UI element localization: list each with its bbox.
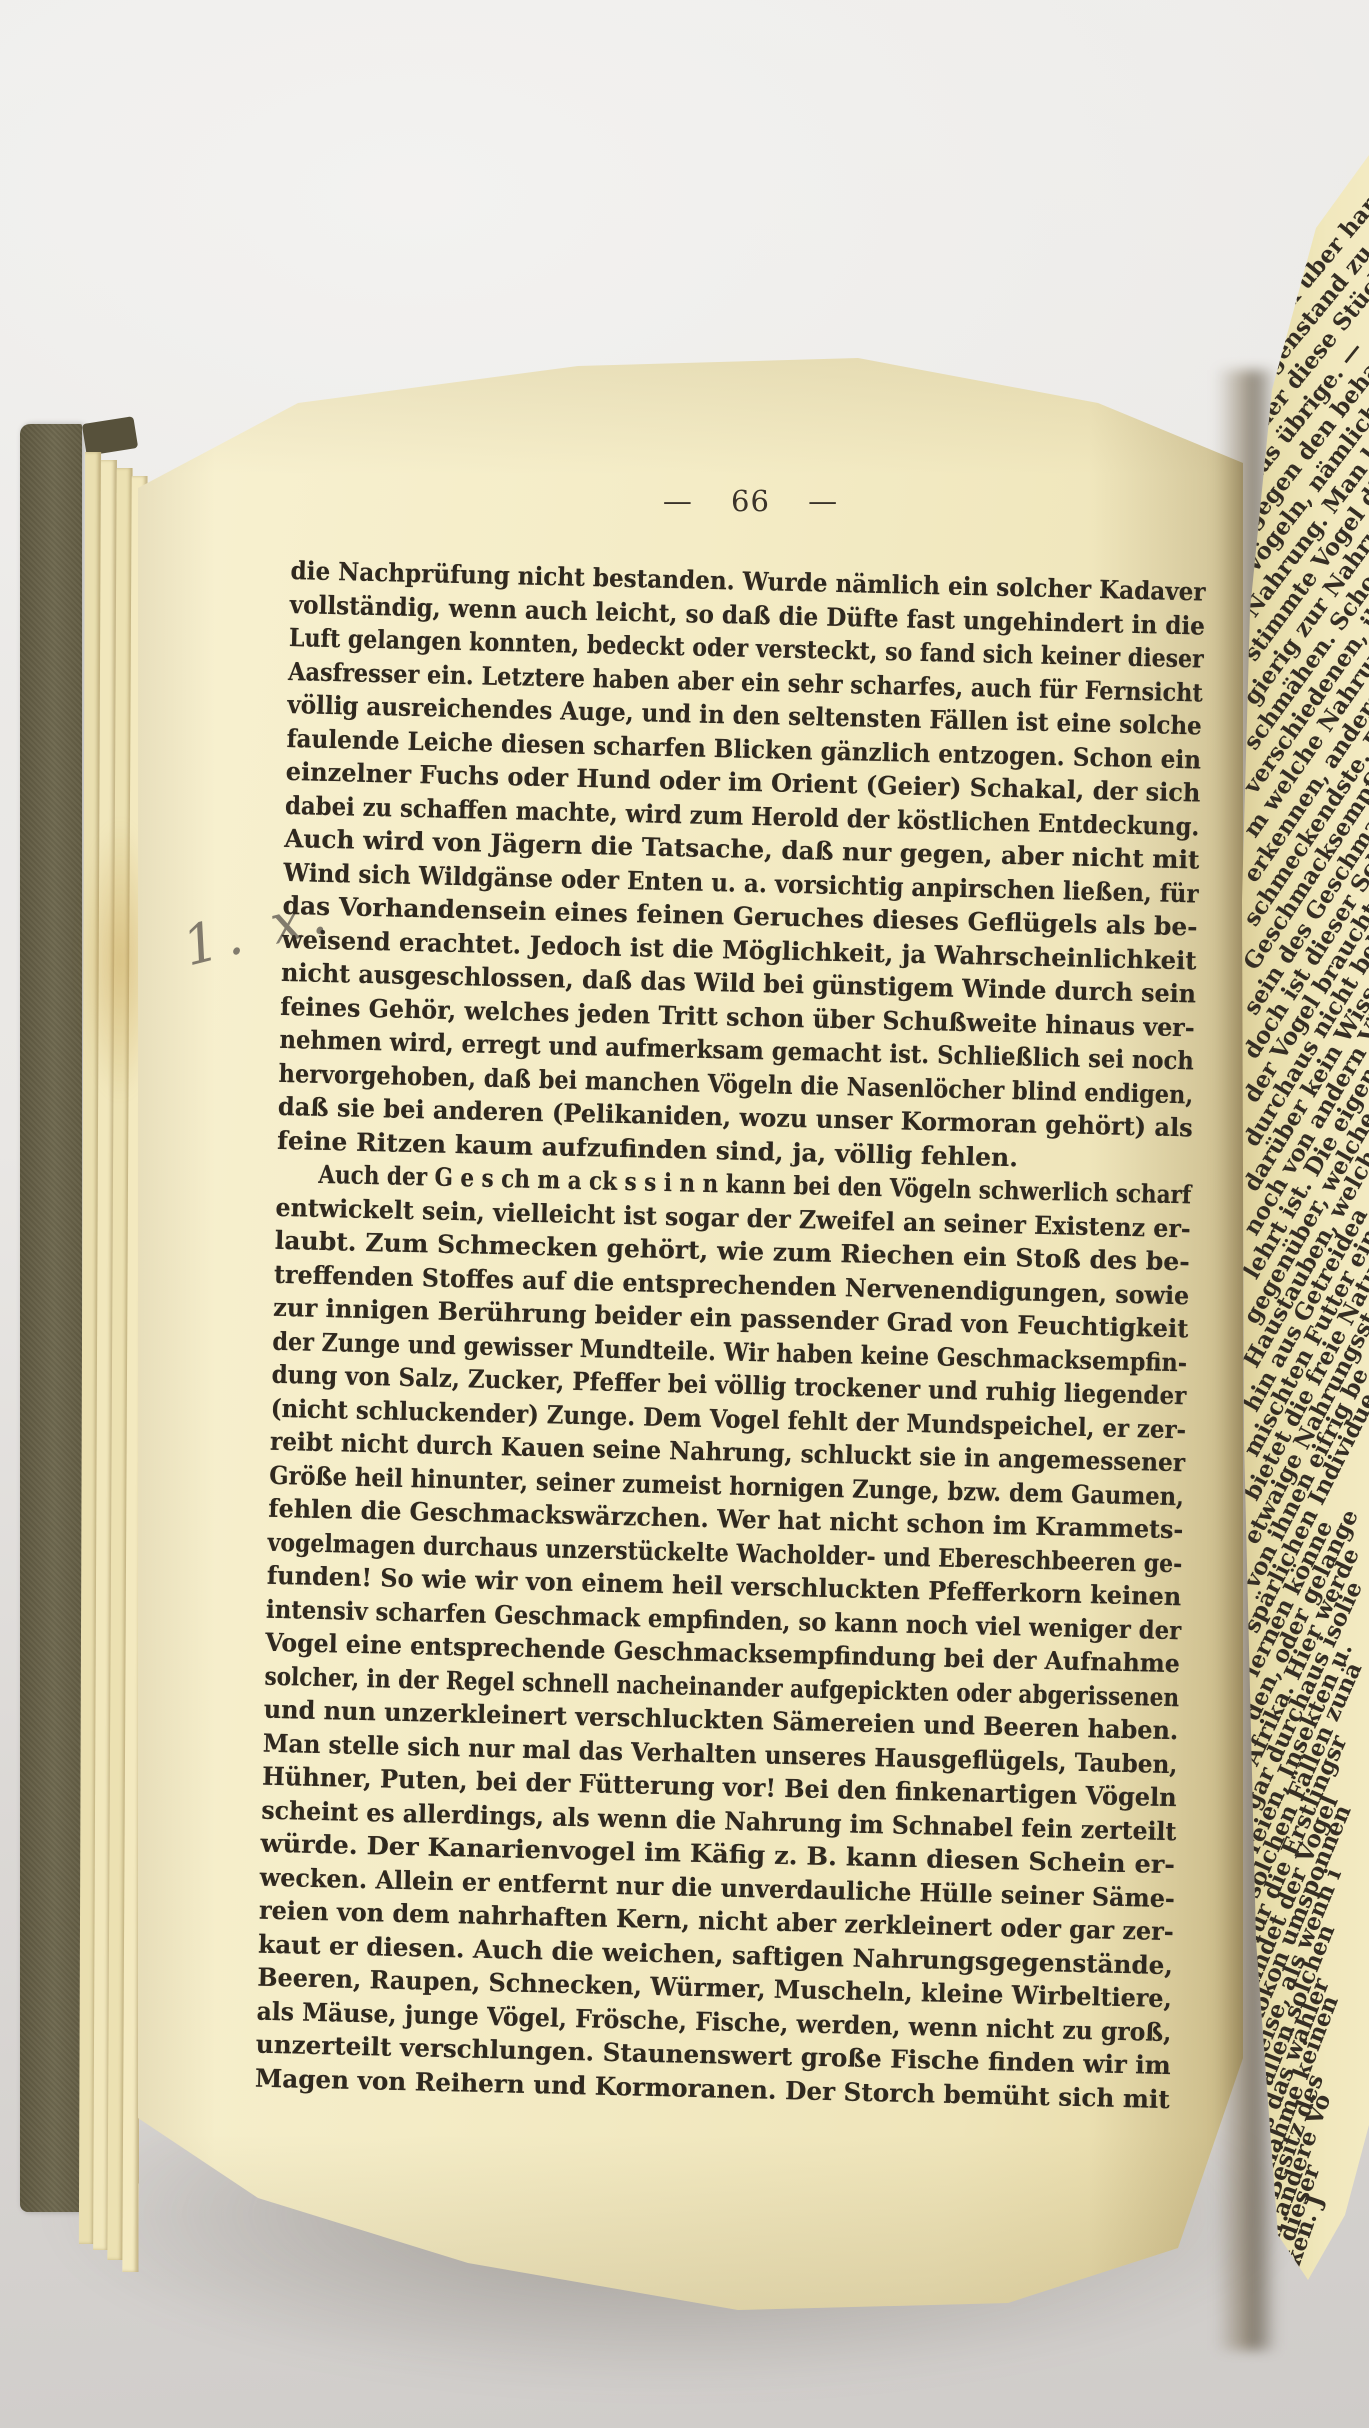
- text-block: die Nachprüfung nicht bestanden. Wurde n…: [255, 554, 1206, 2116]
- book-cover-edge: [20, 424, 82, 2212]
- book-photo: 1. x. — 66 — die Nachprüfung nicht besta…: [0, 0, 1369, 2428]
- left-page: 1. x. — 66 — die Nachprüfung nicht besta…: [138, 358, 1243, 2310]
- page-number: — 66 —: [293, 484, 1208, 518]
- book-cover-corner: [82, 416, 138, 456]
